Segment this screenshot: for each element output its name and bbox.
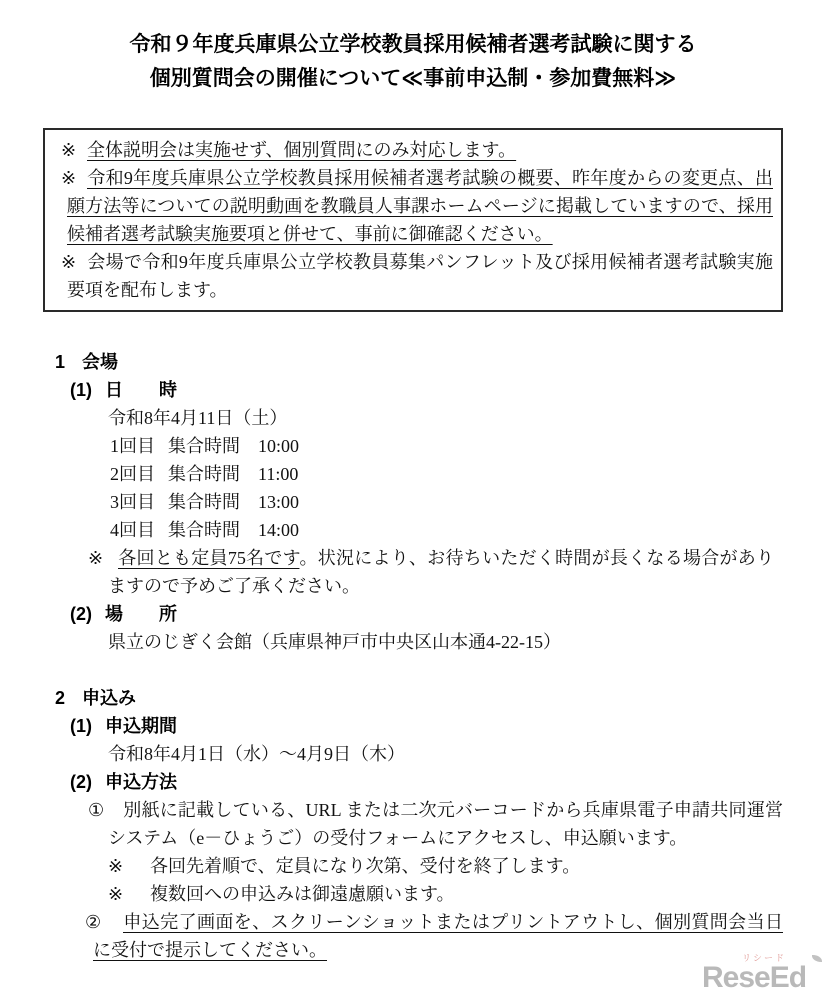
meet-time-label: 集合時間 — [168, 488, 258, 516]
method-note: ※各回先着順で、定員になり次第、受付を終了します。 — [108, 852, 826, 880]
capacity-note: ※各回とも定員75名です。状況により、お待ちいただく時間が長くなる場合があります… — [108, 544, 774, 600]
meet-time-value: 14:00 — [258, 520, 299, 540]
page-title-line1: 令和９年度兵庫県公立学校教員採用候補者選考試験に関する — [0, 28, 826, 62]
meet-time-label: 集合時間 — [168, 516, 258, 544]
meet-time-label: 集合時間 — [168, 432, 258, 460]
asterisk-marker: ※ — [61, 248, 87, 276]
section-heading-label: 会場 — [82, 352, 118, 372]
time-row: 1回目集合時間10:00 — [110, 432, 826, 460]
section-number: 1 — [55, 348, 82, 376]
application-period-line: 令和8年4月1日（水）～4月9日（木） — [108, 740, 826, 768]
asterisk-marker: ※ — [108, 852, 150, 880]
time-row: 2回目集合時間11:00 — [110, 460, 826, 488]
method-item-1: ①別紙に記載している、URL または二次元バーコードから兵庫県電子申請共同運営シ… — [108, 796, 783, 852]
notice-item: ※令和9年度兵庫県公立学校教員採用候補者選考試験の概要、昨年度からの変更点、出願… — [67, 164, 773, 248]
notice-box: ※全体説明会は実施せず、個別質問にのみ対応します。 ※令和9年度兵庫県公立学校教… — [43, 128, 783, 312]
meet-time-label: 集合時間 — [168, 460, 258, 488]
subsection-1-2-heading: (2)場 所 — [70, 600, 826, 628]
document-page: 令和９年度兵庫県公立学校教員採用候補者選考試験に関する 個別質問会の開催について… — [0, 0, 826, 999]
event-date-line: 令和8年4月11日（土） — [108, 404, 826, 432]
asterisk-marker: ※ — [61, 136, 87, 164]
section-number: 2 — [55, 684, 82, 712]
method-note-text: 複数回への申込みは御遠慮願います。 — [150, 884, 455, 904]
notice-text: 令和9年度兵庫県公立学校教員採用候補者選考試験の概要、昨年度からの変更点、出願方… — [67, 168, 773, 244]
capacity-note-underlined: 各回とも定員75名です — [118, 548, 299, 568]
round-label: 3回目 — [110, 488, 168, 516]
round-label: 1回目 — [110, 432, 168, 460]
subsection-number: (2) — [70, 600, 105, 628]
blank-line — [0, 656, 826, 684]
method-note: ※複数回への申込みは御遠慮願います。 — [108, 880, 826, 908]
method-item-text: 申込完了画面を、スクリーンショットまたはプリントアウトし、個別質問会当日に受付で… — [93, 912, 783, 960]
page-title: 令和９年度兵庫県公立学校教員採用候補者選考試験に関する 個別質問会の開催について… — [0, 28, 826, 96]
notice-text: 会場で令和9年度兵庫県公立学校教員募集パンフレット及び採用候補者選考試験実施要項… — [67, 252, 773, 300]
subsection-heading-label: 日 時 — [105, 380, 177, 400]
method-item-text: 別紙に記載している、URL または二次元バーコードから兵庫県電子申請共同運営シス… — [108, 800, 783, 848]
subsection-heading-label: 場 所 — [105, 604, 177, 624]
venue-line: 県立のじぎく会館（兵庫県神戸市中央区山本通4-22-15） — [108, 628, 826, 656]
meet-time-value: 13:00 — [258, 492, 299, 512]
reseed-watermark: リシード ReseEd — [702, 953, 820, 995]
method-note-text: 各回先着順で、定員になり次第、受付を終了します。 — [150, 856, 580, 876]
document-body: 1会場 (1)日 時 令和8年4月11日（土） 1回目集合時間10:00 2回目… — [0, 348, 826, 964]
subsection-number: (1) — [70, 376, 105, 404]
subsection-heading-label: 申込方法 — [105, 772, 177, 792]
asterisk-marker: ※ — [108, 880, 150, 908]
round-label: 4回目 — [110, 516, 168, 544]
time-row: 4回目集合時間14:00 — [110, 516, 826, 544]
subsection-number: (1) — [70, 712, 105, 740]
method-item-2: ②申込完了画面を、スクリーンショットまたはプリントアウトし、個別質問会当日に受付… — [93, 908, 783, 964]
time-row: 3回目集合時間13:00 — [110, 488, 826, 516]
subsection-heading-label: 申込期間 — [105, 716, 177, 736]
asterisk-marker: ※ — [88, 544, 118, 572]
circled-2-marker: ② — [85, 908, 123, 936]
subsection-2-2-heading: (2)申込方法 — [70, 768, 826, 796]
round-label: 2回目 — [110, 460, 168, 488]
circled-1-marker: ① — [88, 796, 123, 824]
subsection-1-1-heading: (1)日 時 — [70, 376, 826, 404]
asterisk-marker: ※ — [61, 164, 87, 192]
section-1-heading: 1会場 — [55, 348, 826, 376]
notice-item: ※全体説明会は実施せず、個別質問にのみ対応します。 — [67, 136, 773, 164]
watermark-logo-text: ReseEd — [702, 961, 806, 995]
page-title-line2: 個別質問会の開催について≪事前申込制・参加費無料≫ — [0, 62, 826, 96]
notice-text: 全体説明会は実施せず、個別質問にのみ対応します。 — [87, 140, 516, 160]
section-2-heading: 2申込み — [55, 684, 826, 712]
subsection-number: (2) — [70, 768, 105, 796]
section-heading-label: 申込み — [82, 688, 136, 708]
meet-time-value: 10:00 — [258, 436, 299, 456]
subsection-2-1-heading: (1)申込期間 — [70, 712, 826, 740]
notice-item: ※会場で令和9年度兵庫県公立学校教員募集パンフレット及び採用候補者選考試験実施要… — [67, 248, 773, 304]
meet-time-value: 11:00 — [258, 464, 298, 484]
